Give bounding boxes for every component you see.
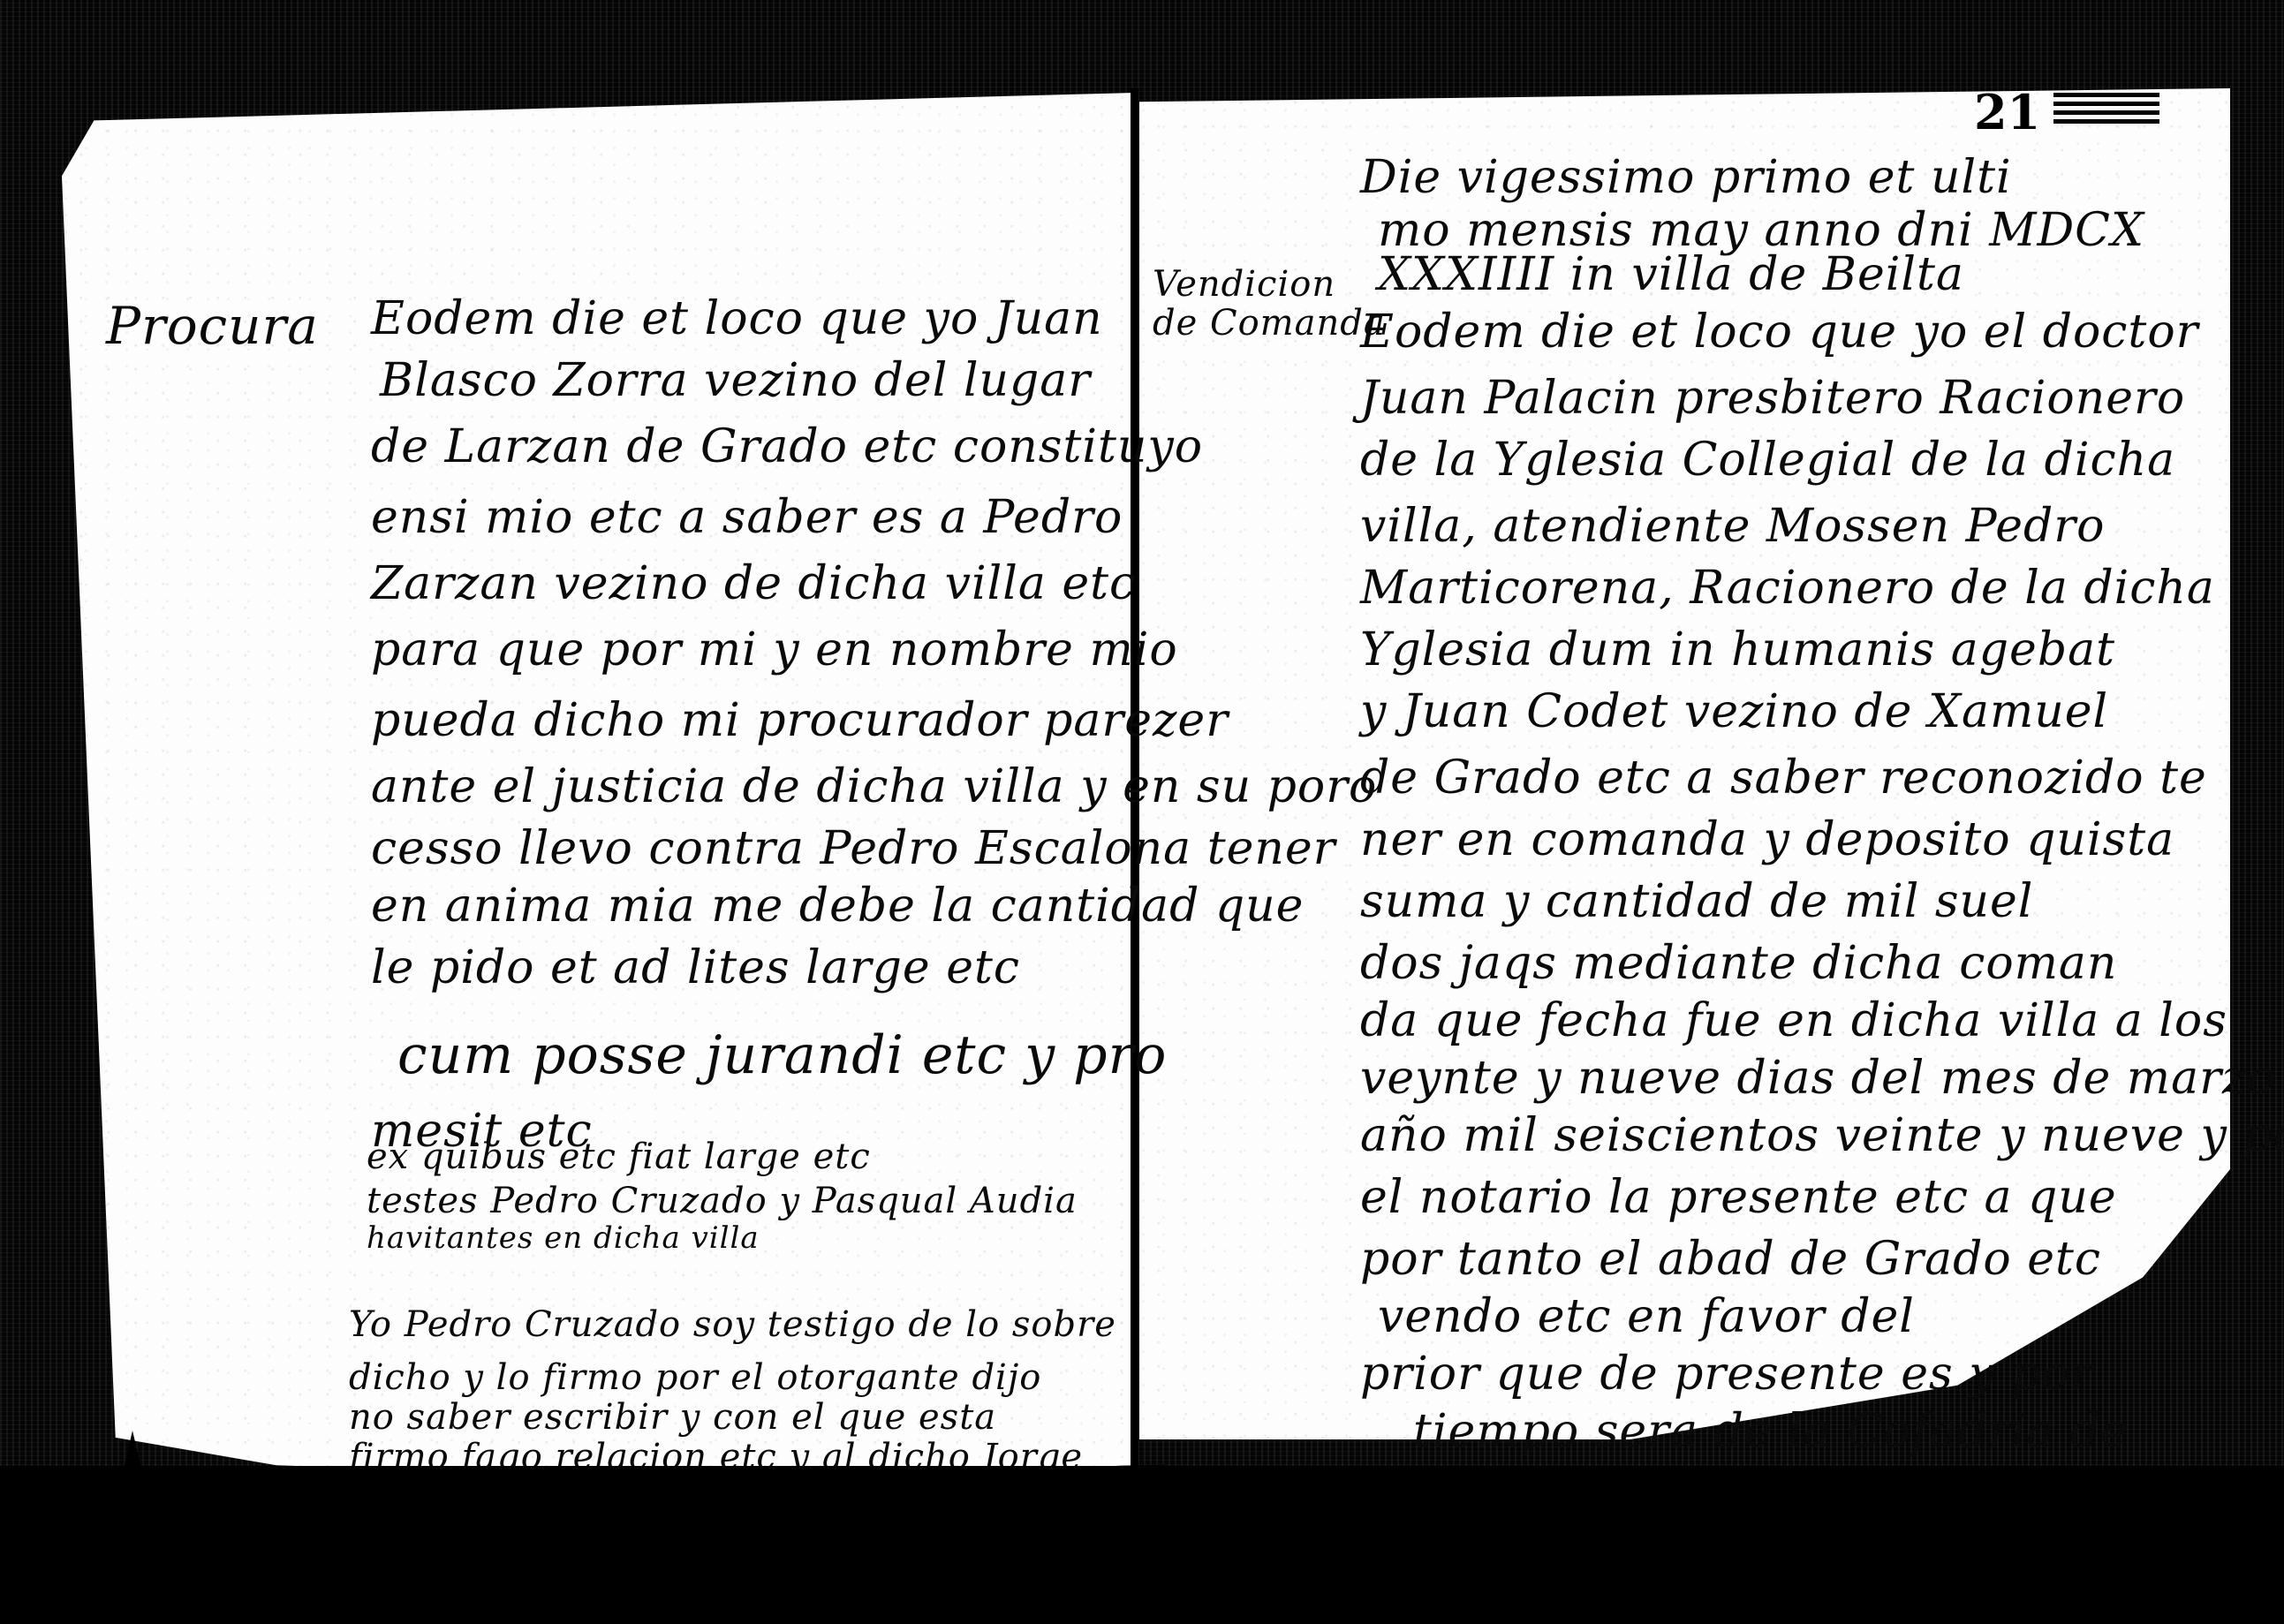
- text-line: en anima mia me debe la cantidad que: [371, 883, 1304, 929]
- margin-note-line: de Comanda: [1153, 304, 1386, 343]
- text-line: ensi mio etc a saber es a Pedro: [371, 495, 1123, 540]
- right-margin-note: Vendicion de Comanda: [1153, 265, 1386, 343]
- text-line: de la Yglesia Collegial de la dicha: [1360, 437, 2175, 483]
- text-line: suma y cantidad de mil suel: [1360, 879, 2033, 925]
- text-line: prior que de presente es y por: [1360, 1351, 2093, 1397]
- text-line: dos jaqs mediante dicha coman: [1360, 940, 2117, 986]
- text-line: tiempo sera de la Cofadria de: [1413, 1409, 2129, 1454]
- text-line: el notario la presente etc a que: [1360, 1175, 2117, 1220]
- text-line: no saber escribir y con el que esta: [349, 1400, 996, 1435]
- text-line: por tanto el abad de Grado etc: [1360, 1236, 2101, 1282]
- text-line: Eodem die et loco que yo el doctor: [1360, 309, 2198, 355]
- folio-number: 21: [1974, 84, 2040, 140]
- text-line: XXXIIII in villa de Beilta: [1378, 252, 1964, 298]
- text-line: ante el justicia de dicha villa y en su …: [371, 764, 1377, 810]
- text-line: de Larzan de Grado etc constituyo: [371, 424, 1203, 470]
- text-line: y Juan Codet vezino de Xamuel: [1360, 689, 2108, 735]
- text-line: testes Pedro Cruzado y Pasqual Audia: [367, 1183, 1078, 1219]
- text-line: Eodem die et loco que yo Juan: [371, 296, 1103, 342]
- text-line: veynte y nueve dias del mes de marzo del: [1360, 1055, 2284, 1101]
- text-line: havitantes en dicha villa: [367, 1223, 760, 1253]
- text-line: Die vigessimo primo et ulti: [1360, 155, 2012, 200]
- text-line: dicho y lo firmo por el otorgante dijo: [349, 1360, 1041, 1395]
- text-line: le pido et ad lites large etc: [371, 945, 1020, 991]
- text-line: para que por mi y en nombre mio: [371, 627, 1178, 673]
- text-line: da que fecha fue en dicha villa a los: [1360, 998, 2227, 1044]
- text-line: cesso llevo contra Pedro Escalona tener: [371, 826, 1335, 872]
- text-line: Zarzan vezino de dicha villa etc: [371, 561, 1136, 607]
- text-line: pueda dicho mi procurador parezer: [371, 698, 1229, 744]
- text-line: Yglesia dum in humanis agebat: [1360, 627, 2115, 673]
- struck-folio-number: [2053, 88, 2159, 124]
- text-line: ex quibus etc fiat large etc: [367, 1139, 871, 1175]
- text-line: Blasco Zorra vezino del lugar: [380, 358, 1091, 404]
- scan-bottom-edge: [0, 1466, 2284, 1624]
- text-line: Marticorena, Racionero de la dicha: [1360, 565, 2215, 611]
- text-line: mo mensis may anno dni MDCX: [1378, 208, 2144, 253]
- text-line: Yo Pedro Cruzado soy testigo de lo sobre: [349, 1307, 1116, 1342]
- text-line: villa, atendiente Mossen Pedro: [1360, 503, 2105, 549]
- text-line: Juan Palacin presbitero Racionero: [1360, 375, 2185, 421]
- left-margin-note: Procura: [106, 300, 319, 351]
- margin-note-line: Vendicion: [1153, 265, 1386, 304]
- text-line: cum posse jurandi etc y pro: [397, 1029, 1167, 1082]
- text-line: vendo etc en favor del: [1378, 1294, 1915, 1340]
- text-line: ner en comanda y deposito quista: [1360, 817, 2174, 863]
- text-line: año mil seiscientos veinte y nueve y por: [1360, 1113, 2284, 1159]
- text-line: de Grado etc a saber reconozido te: [1360, 755, 2207, 801]
